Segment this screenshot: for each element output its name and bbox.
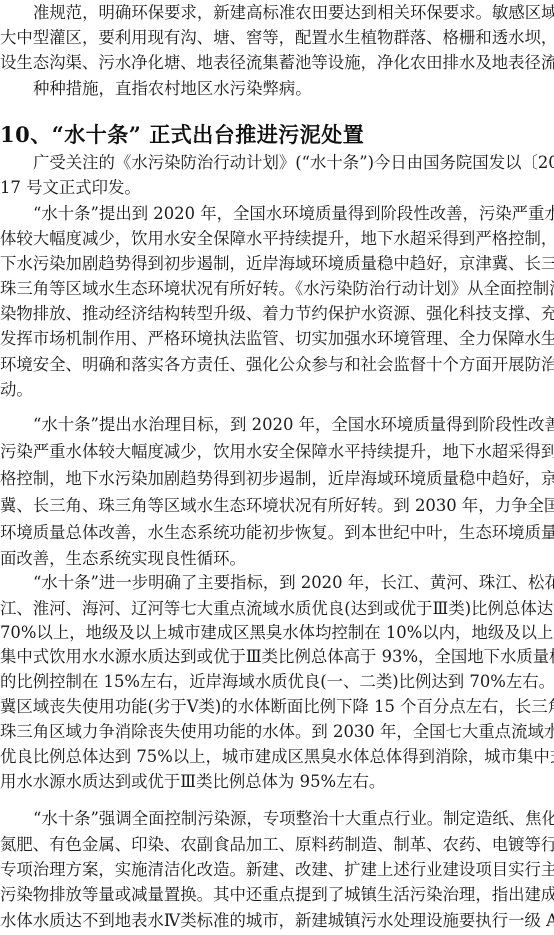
body-text-line: 70%以上，地级及以上城市建成区黑臭水体均控制在 10%以内，地级及以上城市 — [0, 621, 554, 645]
section-heading: 10、“水十条” 正式出台推进污泥处置 — [0, 120, 364, 150]
body-text-line: 珠三角等区域水生态环境状况有所好转。《水污染防治行动计划》从全面控制污 — [0, 277, 554, 301]
body-text-line: 准规范，明确环保要求，新建高标准农田要达到相关环保要求。敏感区域和 — [0, 1, 554, 25]
document-page: 准规范，明确环保要求，新建高标准农田要达到相关环保要求。敏感区域和 大中型灌区，… — [0, 0, 554, 935]
body-text-line: 用水水源水质达到或优于Ⅲ类比例总体为 95%左右。 — [0, 770, 554, 794]
body-text-line: 格控制，地下水污染加剧趋势得到初步遏制，近岸海域环境质量稳中趋好，京津 — [0, 467, 554, 491]
body-text-line: 污染物排放等量或减量置换。其中还重点提到了城镇生活污染治理，指出建成区 — [0, 883, 554, 907]
body-text-line: “水十条”提出到 2020 年，全国水环境质量得到阶段性改善，污染严重水 — [0, 202, 554, 226]
body-text-line: “水十条”进一步明确了主要指标，到 2020 年，长江、黄河、珠江、松花 — [0, 571, 554, 595]
body-text-line: 水体水质达不到地表水Ⅳ类标准的城市，新建城镇污水处理设施要执行一级 A — [0, 909, 554, 933]
body-text-line: 江、淮河、海河、辽河等七大重点流域水质优良(达到或优于Ⅲ类)比例总体达到 — [0, 597, 554, 621]
body-text-line: 集中式饮用水水源水质达到或优于Ⅲ类比例总体高于 93%，全国地下水质量极差 — [0, 645, 554, 669]
body-text-line: 环境安全、明确和落实各方责任、强化公众参与和社会监督十个方面开展防治行 — [0, 353, 554, 377]
body-text-line: 冀、长三角、珠三角等区域水生态环境状况有所好转。到 2030 年，力争全国水 — [0, 494, 554, 518]
body-text-line: 种种措施，直指农村地区水污染弊病。 — [0, 77, 554, 101]
body-text-line: 珠三角区域力争消除丧失使用功能的水体。到 2030 年，全国七大重点流域水质 — [0, 720, 554, 744]
body-text-line: 优良比例总体达到 75%以上，城市建成区黑臭水体总体得到消除，城市集中式饮 — [0, 745, 554, 769]
body-text-line: 面改善，生态系统实现良性循环。 — [0, 547, 554, 571]
body-text-line: 下水污染加剧趋势得到初步遏制，近岸海域环境质量稳中趋好，京津冀、长三角、 — [0, 252, 554, 276]
body-text-line: 发挥市场机制作用、严格环境执法监管、切实加强水环境管理、全力保障水生态 — [0, 327, 554, 351]
body-text-line: “水十条”提出水治理目标，到 2020 年，全国水环境质量得到阶段性改善， — [0, 413, 554, 437]
body-text-line: 的比例控制在 15%左右，近岸海域水质优良(一、二类)比例达到 70%左右。京津 — [0, 670, 554, 694]
body-text-line: 冀区域丧失使用功能(劣于Ⅴ类)的水体断面比例下降 15 个百分点左右，长三角、 — [0, 695, 554, 719]
body-text-line: 污染严重水体较大幅度减少，饮用水安全保障水平持续提升，地下水超采得到严 — [0, 440, 554, 464]
body-text-line: 氮肥、有色金属、印染、农副食品加工、原料药制造、制革、农药、电镀等行业 — [0, 833, 554, 857]
body-text-line: 专项治理方案，实施清洁化改造。新建、改建、扩建上述行业建设项目实行主要 — [0, 858, 554, 882]
body-text-line: 染物排放、推动经济结构转型升级、着力节约保护水资源、强化科技支撑、充分 — [0, 302, 554, 326]
body-text-line: 环境质量总体改善，水生态系统功能初步恢复。到本世纪中叶，生态环境质量全 — [0, 521, 554, 545]
body-text-line: 动。 — [0, 378, 554, 402]
body-text-line: 设生态沟渠、污水净化塘、地表径流集蓄池等设施，净化农田排水及地表径流。 — [0, 51, 554, 75]
body-text-line: 17 号文正式印发。 — [0, 176, 554, 200]
body-text-line: “水十条”强调全面控制污染源，专项整治十大重点行业。制定造纸、焦化、 — [0, 807, 554, 831]
body-text-line: 广受关注的《水污染防治行动计划》(“水十条”)今日由国务院国发以〔2015〕 — [0, 151, 554, 175]
body-text-line: 体较大幅度减少，饮用水安全保障水平持续提升，地下水超采得到严格控制，地 — [0, 227, 554, 251]
body-text-line: 大中型灌区，要利用现有沟、塘、窖等，配置水生植物群落、格栅和透水坝，建 — [0, 26, 554, 50]
